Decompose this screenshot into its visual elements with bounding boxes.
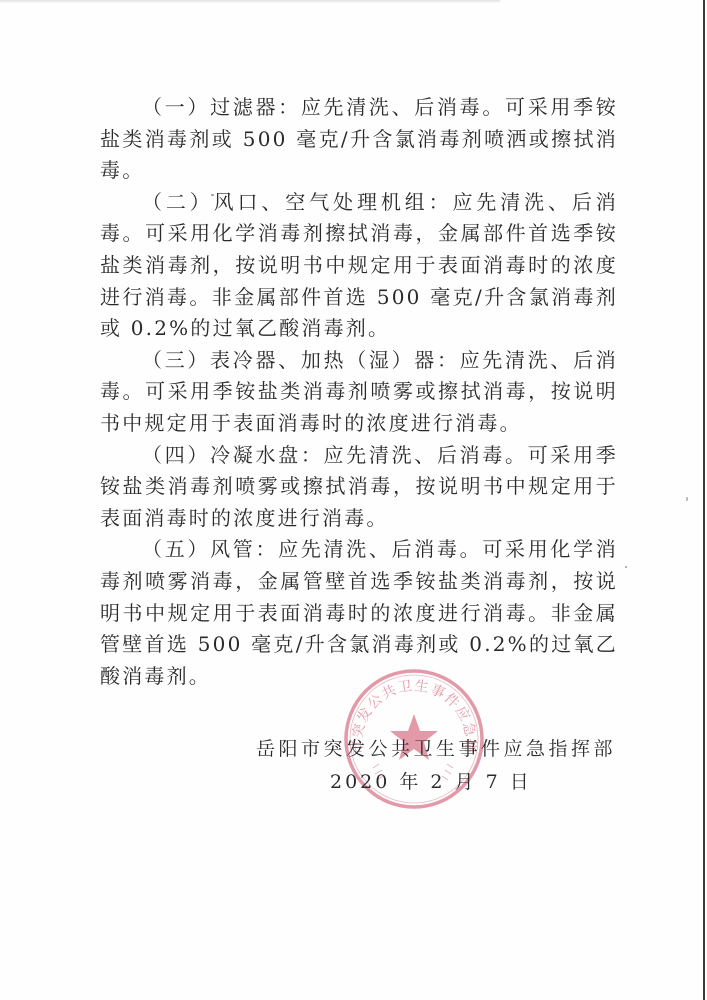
document-page: （一）过滤器：应先清洗、后消毒。可采用季铵盐类消毒剂或 500 毫克/升含氯消毒… (0, 0, 707, 1000)
paragraph-cooler-heater: （三）表冷器、加热（湿）器：应先清洗、后消毒。可采用季铵盐类消毒剂喷雾或擦拭消毒… (100, 345, 618, 440)
issuer-signature: 岳阳市突发公共卫生事件应急指挥部 (256, 734, 616, 761)
scan-speck (625, 566, 627, 568)
scan-speck (211, 194, 214, 196)
document-body: （一）过滤器：应先清洗、后消毒。可采用季铵盐类消毒剂或 500 毫克/升含氯消毒… (100, 92, 618, 692)
issue-date: 2020 年 2 月 7 日 (330, 767, 532, 794)
scan-edge-right (703, 0, 705, 1000)
scan-edge-top (0, 0, 500, 3)
paragraph-condensate-pan: （四）冷凝水盘：应先清洗、后消毒。可采用季铵盐类消毒剂喷雾或擦拭消毒，按说明书中… (100, 440, 618, 535)
scan-speck (686, 497, 688, 501)
paragraph-air-outlet-handling-unit: （二）风口、空气处理机组：应先清洗、后消毒。可采用化学消毒剂擦拭消毒，金属部件首… (100, 187, 618, 345)
paragraph-filter: （一）过滤器：应先清洗、后消毒。可采用季铵盐类消毒剂或 500 毫克/升含氯消毒… (100, 92, 618, 187)
